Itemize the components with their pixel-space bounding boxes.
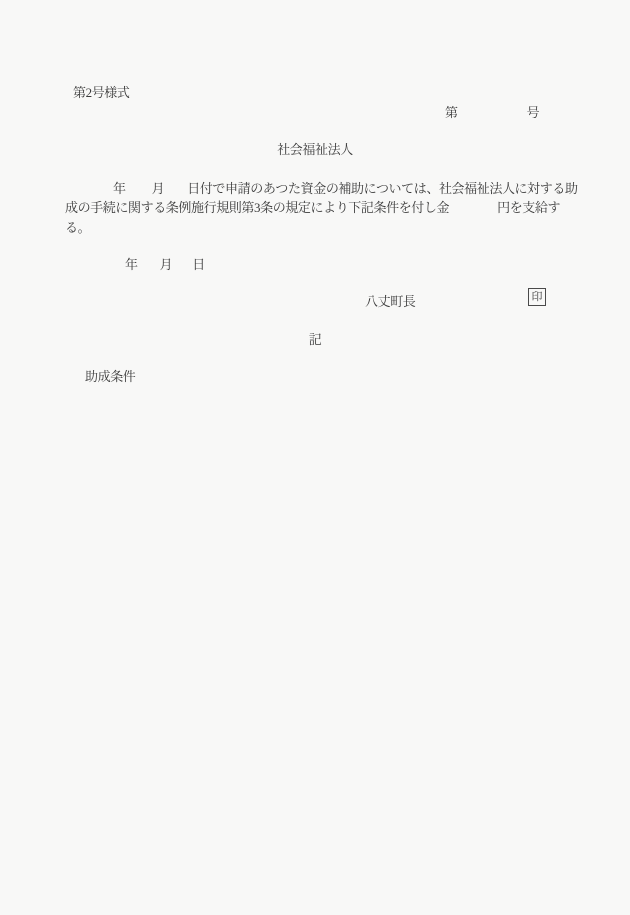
date-year-label: 年 [125,257,138,272]
doc-number-suffix: 号 [527,105,540,120]
body-line-3: る。 [65,218,569,237]
date-indent-blank [65,268,125,269]
date-month-label: 月 [160,257,173,272]
body-line2-text: 成の手続に関する条例施行規則第3条の規定により下記条件を付し金 [65,200,449,215]
document-page: 第2号様式 第号 社会福祉法人 年月日付で申請のあつた資金の補助については、社会… [0,0,630,915]
document-number-line: 第号 [445,103,539,122]
conditions-heading: 助成条件 [85,367,135,386]
seal-placeholder: 印 [528,288,546,306]
body-paragraph: 年月日付で申請のあつた資金の補助については、社会福祉法人に対する助 成の手続に関… [65,179,569,237]
date-line: 年月日 [65,255,205,274]
addressee-title: 社会福祉法人 [0,140,630,159]
body-line3-text: る。 [65,220,90,235]
date-year-blank [138,268,160,269]
body-year-label: 年 [113,181,126,196]
indent-blank [65,192,113,193]
body-line1-text: 日付で申請のあつた資金の補助については、社会福祉法人に対する助 [187,181,577,196]
date-day-label: 日 [192,257,205,272]
body-month-label: 月 [152,181,165,196]
body-line-2: 成の手続に関する条例施行規則第3条の規定により下記条件を付し金円を支給す [65,198,569,217]
body-line-1: 年月日付で申請のあつた資金の補助については、社会福祉法人に対する助 [65,179,569,198]
month-blank [164,192,187,193]
form-number-label: 第2号様式 [73,83,130,102]
record-marker: 記 [0,330,630,349]
year-blank [126,192,152,193]
doc-number-prefix: 第 [445,105,458,120]
doc-number-blank [458,116,527,117]
body-line2-tail: 円を支給す [497,200,560,215]
amount-blank [449,211,497,212]
date-month-blank [172,268,192,269]
seal-mark: 印 [528,288,546,306]
signer-title: 八丈町長 [365,292,415,311]
